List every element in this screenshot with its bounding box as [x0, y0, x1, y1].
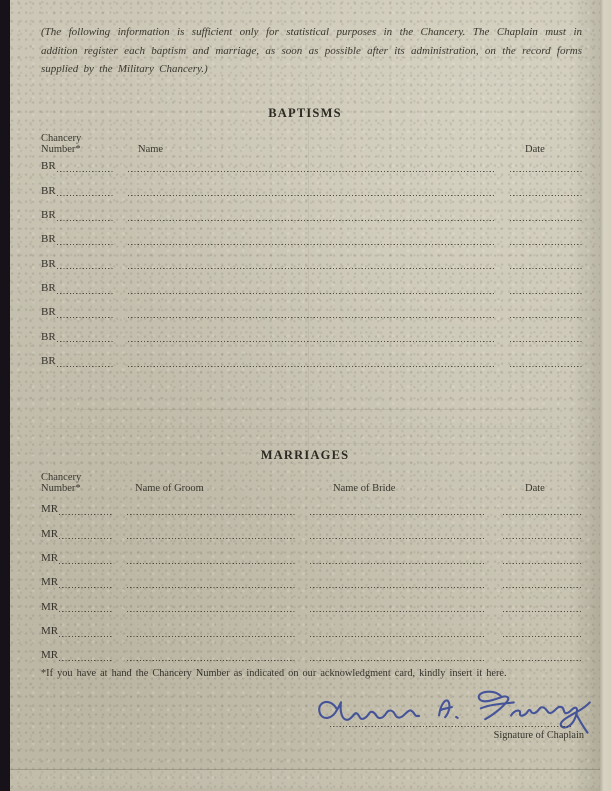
row-prefix: MR [41, 577, 58, 588]
chancery-number-line [57, 290, 113, 294]
baptisms-rows: BRBRBRBRBRBRBRBRBR [41, 151, 583, 370]
chancery-number-field: MR [41, 602, 113, 613]
date-field-line [510, 217, 583, 221]
bride-field-line [310, 584, 486, 588]
date-field-line [503, 609, 583, 613]
groom-header: Name of Groom [135, 483, 204, 494]
groom-field-line [127, 536, 295, 540]
chancery-number-field: MR [41, 577, 113, 588]
row-prefix: BR [41, 283, 56, 294]
marriages-title: MARRIAGES [10, 448, 600, 463]
chancery-number-line [57, 339, 113, 343]
marriage-row: MR [41, 567, 583, 591]
chancery-number-line [57, 241, 113, 245]
bride-field-line [310, 609, 486, 613]
chancery-number-field: BR [41, 234, 113, 245]
showthrough-line [50, 428, 560, 429]
footnote: *If you have at hand the Chancery Number… [41, 668, 583, 679]
chancery-number-line [59, 536, 113, 540]
chancery-number-header: Chancery Number* [41, 472, 81, 494]
date-field-line [510, 168, 583, 172]
row-prefix: BR [41, 332, 56, 343]
date-field-line [510, 363, 583, 367]
name-field-line [128, 217, 495, 221]
date-field-line [503, 511, 583, 515]
date-field-line [510, 193, 583, 197]
bride-field-line [310, 657, 486, 661]
bride-field-line [310, 511, 486, 515]
row-prefix: BR [41, 161, 56, 172]
baptism-row: BR [41, 175, 583, 199]
chancery-number-field: BR [41, 356, 113, 367]
marriages-rows: MRMRMRMRMRMRMR [41, 494, 583, 664]
row-prefix: MR [41, 650, 58, 661]
name-field-line [128, 314, 495, 318]
name-field-line [128, 241, 495, 245]
chancery-number-field: MR [41, 529, 113, 540]
bride-field-line [310, 536, 486, 540]
baptism-row: BR [41, 200, 583, 224]
chancery-number-field: BR [41, 259, 113, 270]
marriage-row: MR [41, 616, 583, 640]
date-field-line [503, 584, 583, 588]
date-field-line [503, 560, 583, 564]
scanned-form-page: (The following information is sufficient… [10, 0, 600, 791]
date-field-line [510, 290, 583, 294]
bride-header: Name of Bride [333, 483, 395, 494]
marriage-row: MR [41, 640, 583, 664]
chancery-number-field: BR [41, 210, 113, 221]
name-field-line [128, 193, 495, 197]
baptism-row: BR [41, 151, 583, 175]
marriage-row: MR [41, 518, 583, 542]
name-field-line [128, 339, 495, 343]
name-field-line [128, 363, 495, 367]
date-field-line [510, 339, 583, 343]
chancery-number-line [57, 168, 113, 172]
baptisms-title: BAPTISMS [10, 106, 600, 121]
signature-line [330, 726, 573, 727]
groom-field-line [127, 657, 295, 661]
chancery-number-field: MR [41, 504, 113, 515]
baptism-row: BR [41, 248, 583, 272]
date-field-line [510, 241, 583, 245]
chancery-number-line [59, 609, 113, 613]
row-prefix: MR [41, 504, 58, 515]
groom-field-line [127, 511, 295, 515]
row-prefix: BR [41, 210, 56, 221]
bride-field-line [310, 633, 486, 637]
row-prefix: BR [41, 186, 56, 197]
chancery-number-line [57, 314, 113, 318]
date-field-line [503, 536, 583, 540]
chancery-number-field: BR [41, 186, 113, 197]
baptism-row: BR [41, 346, 583, 370]
date-header: Date [525, 483, 545, 494]
chancery-number-field: MR [41, 626, 113, 637]
marriage-row: MR [41, 543, 583, 567]
chancery-number-line [59, 511, 113, 515]
baptism-row: BR [41, 321, 583, 345]
marriage-row: MR [41, 591, 583, 615]
chancery-number-field: MR [41, 650, 113, 661]
row-prefix: BR [41, 259, 56, 270]
name-field-line [128, 168, 495, 172]
row-prefix: BR [41, 356, 56, 367]
groom-field-line [127, 584, 295, 588]
date-field-line [510, 314, 583, 318]
date-field-line [503, 657, 583, 661]
groom-field-line [127, 560, 295, 564]
date-field-line [510, 266, 583, 270]
name-field-line [128, 290, 495, 294]
chancery-number-line [59, 657, 113, 661]
baptism-row: BR [41, 273, 583, 297]
name-field-line [128, 266, 495, 270]
chancery-number-field: MR [41, 553, 113, 564]
chancery-number-line [59, 560, 113, 564]
groom-field-line [127, 609, 295, 613]
baptism-row: BR [41, 297, 583, 321]
chancery-number-line [59, 584, 113, 588]
row-prefix: MR [41, 553, 58, 564]
chancery-number-field: BR [41, 283, 113, 294]
chancery-number-field: BR [41, 332, 113, 343]
showthrough-line [65, 443, 530, 444]
adjacent-page-edge [600, 0, 611, 791]
chancery-number-field: BR [41, 161, 113, 172]
row-prefix: MR [41, 529, 58, 540]
signature-caption: Signature of Chaplain [424, 730, 584, 741]
chancery-number-field: BR [41, 307, 113, 318]
fold-crease-highlight [10, 770, 600, 788]
chancery-number-line [57, 266, 113, 270]
row-prefix: BR [41, 234, 56, 245]
row-prefix: BR [41, 307, 56, 318]
row-prefix: MR [41, 626, 58, 637]
chancery-number-line [57, 193, 113, 197]
chancery-number-line [57, 363, 113, 367]
groom-field-line [127, 633, 295, 637]
baptism-row: BR [41, 224, 583, 248]
chancery-number-line [59, 633, 113, 637]
date-field-line [503, 633, 583, 637]
row-prefix: MR [41, 602, 58, 613]
bride-field-line [310, 560, 486, 564]
showthrough-line [80, 409, 545, 410]
marriage-row: MR [41, 494, 583, 518]
intro-note: (The following information is sufficient… [41, 23, 582, 79]
chancery-number-line [57, 217, 113, 221]
